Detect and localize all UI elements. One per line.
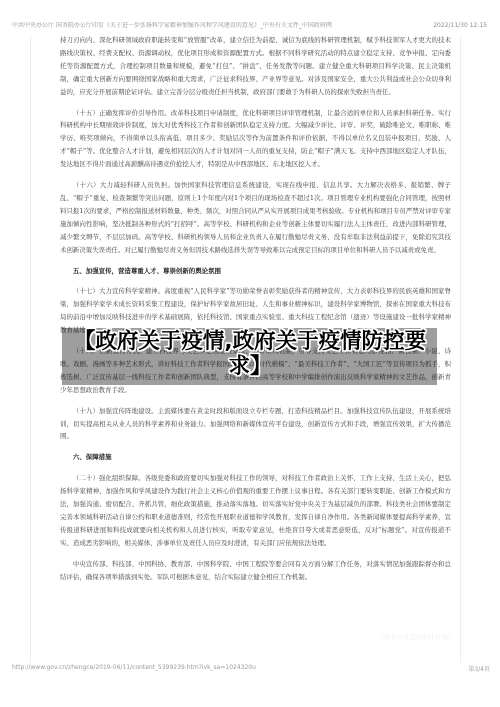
overlay-title: 【政府关于疫情,政府关于疫情防控要 求】 bbox=[0, 330, 500, 379]
document-title: 中共中央办公厅 国务院办公厅印发《关于进一步弘扬科学家精神加强作风和学风建设的意… bbox=[12, 22, 332, 30]
paragraph: （十五）正确发挥评价引导作用。改革科技项目申请制度，优化科研项目评审管理机制，让… bbox=[60, 107, 451, 172]
print-header: 中共中央办公厅 国务院办公厅印发《关于进一步弘扬科学家精神加强作风和学风建设的意… bbox=[12, 22, 487, 30]
print-datetime: 2022/11/30 12:15 bbox=[433, 22, 487, 30]
overlay-title-line2: 求】 bbox=[0, 355, 500, 380]
section-heading: 六、保障措施 bbox=[60, 451, 451, 464]
source-url: http://www.gov.cn/zhengce/2019-06/11/con… bbox=[12, 664, 256, 673]
faint-source-note: （新华社北京6月11日电） bbox=[378, 632, 454, 641]
page-indicator: 第3/4页 bbox=[468, 664, 490, 673]
paragraph: 中央宣传部、科技部、中国科协、教育部、中国科学院、中国工程院等要会同有关方面分解… bbox=[60, 558, 451, 584]
document-body: 持刀刃向内、深化科研领域政府职能转变和“放管服”改革，建立信任为前提、诚信为底线… bbox=[60, 34, 451, 584]
overlay-title-line1: 【政府关于疫情,政府关于疫情防控要 bbox=[0, 330, 500, 355]
paragraph: 持刀刃向内、深化科研领域政府职能转变和“放管服”改革，建立信任为前提、诚信为底线… bbox=[60, 34, 451, 99]
paragraph: （二十）强化组织保障。各级党委和政府要切实加强对科技工作的领导，对科技工作者政治… bbox=[60, 472, 451, 549]
paragraph: （十九）加强宣传阵地建设。主流媒体要在黄金时段和版面设立专栏专题，打造科技精品栏… bbox=[60, 405, 451, 444]
paragraph: （十六）大力减轻科研人员负担。加快国家科技管理信息系统建设，实现在线申报、信息共… bbox=[60, 179, 451, 256]
section-heading: 五、加强宣传，营造尊重人才、尊崇创新的舆论氛围 bbox=[60, 265, 451, 278]
print-footer: http://www.gov.cn/zhengce/2019-06/11/con… bbox=[12, 664, 490, 673]
